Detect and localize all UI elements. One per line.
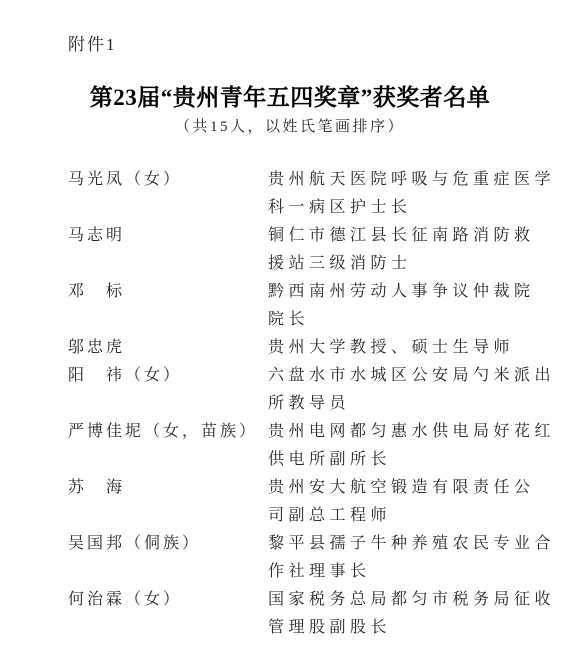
recipient-title-line: 供电所副所长: [268, 446, 566, 474]
recipient-name: 吴国邦（侗族）: [68, 530, 268, 558]
award-recipient-list: 马光凤（女） 贵州航天医院呼吸与危重症医学 科一病区护士长 马志明 铜仁市德江县…: [68, 166, 566, 642]
award-entry: 何治霖（女） 国家税务总局都匀市税务局征收 管理股副股长: [68, 586, 566, 642]
recipient-title-line: 贵州安大航空锻造有限责任公: [268, 474, 566, 502]
recipient-title-line: 贵州大学教授、硕士生导师: [268, 334, 566, 362]
page-subtitle: （共15人，以姓氏笔画排序）: [0, 115, 580, 136]
award-entry: 邬忠虎 贵州大学教授、硕士生导师: [68, 334, 566, 362]
recipient-name: 马光凤（女）: [68, 166, 268, 194]
recipient-title: 黎平县孺子牛种养殖农民专业合 作社理事长: [268, 530, 566, 586]
recipient-title-line: 国家税务总局都匀市税务局征收: [268, 586, 566, 614]
recipient-title: 贵州安大航空锻造有限责任公 司副总工程师: [268, 474, 566, 530]
award-entry: 马志明 铜仁市德江县长征南路消防救 援站三级消防士: [68, 222, 566, 278]
recipient-name: 严博佳坭（女，苗族）: [68, 418, 268, 446]
recipient-title-line: 六盘水市水城区公安局勺米派出: [268, 362, 566, 390]
recipient-title-line: 作社理事长: [268, 558, 566, 586]
award-entry: 邓 标 黔西南州劳动人事争议仲裁院 院长: [68, 278, 566, 334]
document-page: 附件1 第23届“贵州青年五四奖章”获奖者名单 （共15人，以姓氏笔画排序） 马…: [0, 0, 580, 654]
recipient-name: 苏 海: [68, 474, 268, 502]
award-entry: 阳 祎（女） 六盘水市水城区公安局勺米派出 所教导员: [68, 362, 566, 418]
recipient-title-line: 科一病区护士长: [268, 194, 566, 222]
recipient-name: 阳 祎（女）: [68, 362, 268, 390]
recipient-title: 六盘水市水城区公安局勺米派出 所教导员: [268, 362, 566, 418]
recipient-name: 马志明: [68, 222, 268, 250]
recipient-title: 贵州航天医院呼吸与危重症医学 科一病区护士长: [268, 166, 566, 222]
recipient-title-line: 贵州航天医院呼吸与危重症医学: [268, 166, 566, 194]
recipient-title-line: 贵州电网都匀惠水供电局好花红: [268, 418, 566, 446]
recipient-title-line: 铜仁市德江县长征南路消防救: [268, 222, 566, 250]
recipient-title-line: 院长: [268, 306, 566, 334]
recipient-title-line: 所教导员: [268, 390, 566, 418]
recipient-title-line: 黎平县孺子牛种养殖农民专业合: [268, 530, 566, 558]
recipient-name: 何治霖（女）: [68, 586, 268, 614]
recipient-name: 邬忠虎: [68, 334, 268, 362]
award-entry: 马光凤（女） 贵州航天医院呼吸与危重症医学 科一病区护士长: [68, 166, 566, 222]
recipient-title-line: 援站三级消防士: [268, 250, 566, 278]
page-title: 第23届“贵州青年五四奖章”获奖者名单: [0, 79, 580, 112]
attachment-label: 附件1: [68, 30, 117, 55]
recipient-title: 国家税务总局都匀市税务局征收 管理股副股长: [268, 586, 566, 642]
award-entry: 吴国邦（侗族） 黎平县孺子牛种养殖农民专业合 作社理事长: [68, 530, 566, 586]
recipient-title-line: 黔西南州劳动人事争议仲裁院: [268, 278, 566, 306]
recipient-title: 铜仁市德江县长征南路消防救 援站三级消防士: [268, 222, 566, 278]
recipient-title: 贵州大学教授、硕士生导师: [268, 334, 566, 362]
recipient-title: 贵州电网都匀惠水供电局好花红 供电所副所长: [268, 418, 566, 474]
recipient-title-line: 司副总工程师: [268, 502, 566, 530]
award-entry: 严博佳坭（女，苗族） 贵州电网都匀惠水供电局好花红 供电所副所长: [68, 418, 566, 474]
recipient-title: 黔西南州劳动人事争议仲裁院 院长: [268, 278, 566, 334]
award-entry: 苏 海 贵州安大航空锻造有限责任公 司副总工程师: [68, 474, 566, 530]
recipient-name: 邓 标: [68, 278, 268, 306]
recipient-title-line: 管理股副股长: [268, 614, 566, 642]
